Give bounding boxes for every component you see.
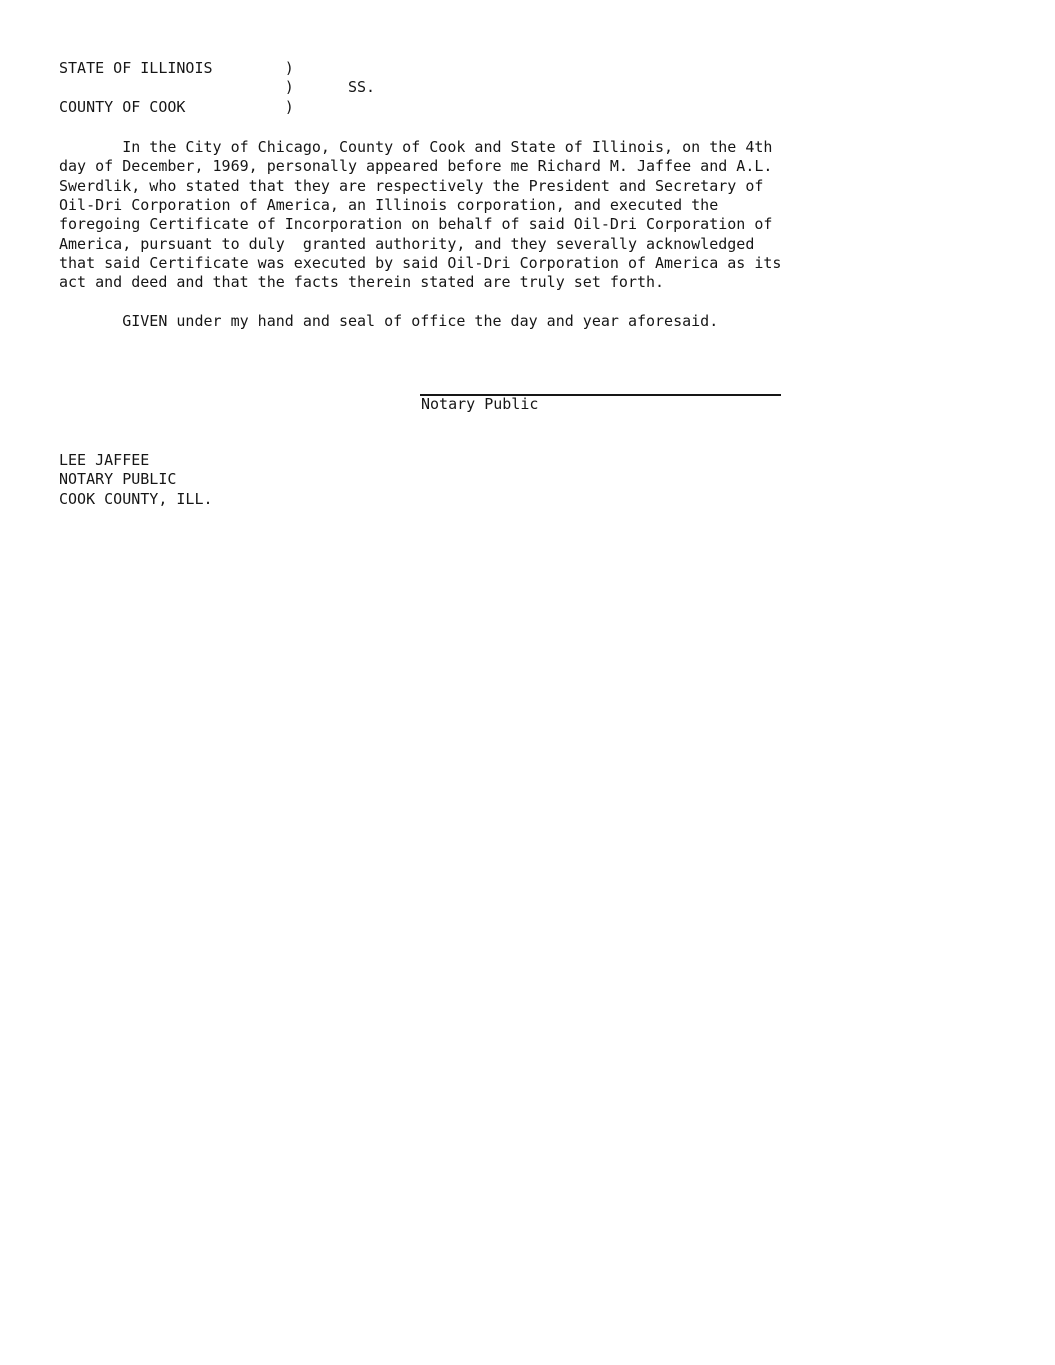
notary-stamp-block: LEE JAFFEE NOTARY PUBLIC COOK COUNTY, IL… bbox=[59, 451, 213, 509]
acknowledgment-paragraph: In the City of Chicago, County of Cook a… bbox=[59, 138, 781, 293]
notary-public-label: Notary Public bbox=[421, 395, 538, 414]
testimonium-line: GIVEN under my hand and seal of office t… bbox=[59, 312, 718, 331]
document-page: STATE OF ILLINOIS ) ) SS. COUNTY OF COOK… bbox=[0, 0, 1055, 1365]
venue-block: STATE OF ILLINOIS ) ) SS. COUNTY OF COOK… bbox=[59, 59, 375, 117]
